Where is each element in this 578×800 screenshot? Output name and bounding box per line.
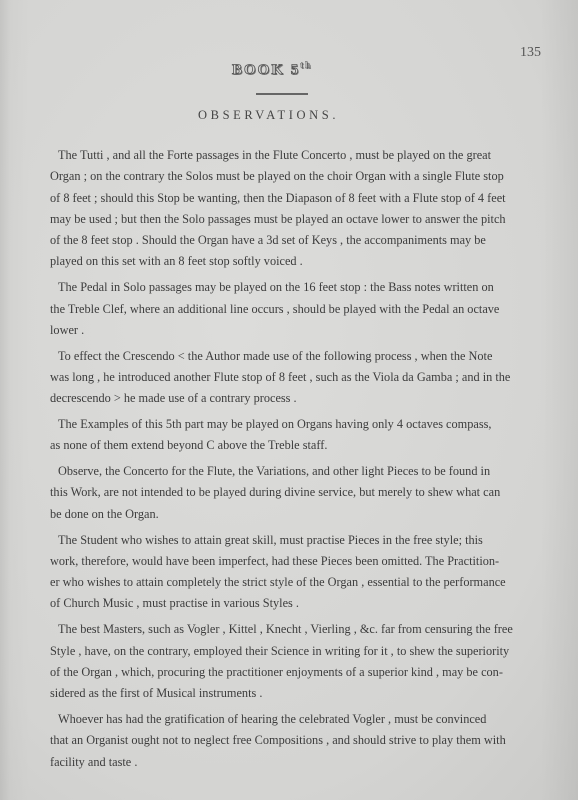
text-line: The Pedal in Solo passages may be played…	[40, 277, 560, 298]
text-line: decrescendo > he made use of a contrary …	[40, 388, 560, 409]
text-line: Observe, the Concerto for the Flute, the…	[40, 461, 560, 482]
text-line: may be used ; but then the Solo passages…	[40, 209, 560, 230]
text-line: To effect the Crescendo < the Author mad…	[40, 346, 560, 367]
text-line: The best Masters, such as Vogler , Kitte…	[40, 619, 560, 640]
text-line: work, therefore, would have been imperfe…	[40, 551, 560, 572]
text-line: er who wishes to attain completely the s…	[40, 572, 560, 593]
text-line: Organ ; on the contrary the Solos must b…	[40, 166, 560, 187]
text-line: The Student who wishes to attain great s…	[40, 530, 560, 551]
text-line: The Examples of this 5th part may be pla…	[40, 414, 560, 435]
book-title-superscript: th	[300, 60, 312, 70]
title-rule	[256, 93, 308, 95]
paragraph: The Student who wishes to attain great s…	[40, 530, 560, 615]
text-line: of 8 feet ; should this Stop be wanting,…	[40, 188, 560, 209]
section-title: OBSERVATIONS.	[198, 108, 339, 123]
text-line: of Church Music , must practise in vario…	[40, 593, 560, 614]
text-line: be done on the Organ.	[40, 504, 560, 525]
text-line: sidered as the first of Musical instrume…	[40, 683, 560, 704]
book-title-text: BOOK 5	[232, 62, 300, 78]
text-line: as none of them extend beyond C above th…	[40, 435, 560, 456]
paragraph: To effect the Crescendo < the Author mad…	[40, 346, 560, 410]
paragraph: The Examples of this 5th part may be pla…	[40, 414, 560, 457]
text-line: The Tutti , and all the Forte passages i…	[40, 145, 560, 166]
page-number: 135	[520, 45, 541, 61]
text-line: this Work, are not intended to be played…	[40, 482, 560, 503]
text-line: of the 8 feet stop . Should the Organ ha…	[40, 230, 560, 251]
text-line: played on this set with an 8 feet stop s…	[40, 251, 560, 272]
paragraph: The best Masters, such as Vogler , Kitte…	[40, 619, 560, 704]
paragraph: Observe, the Concerto for the Flute, the…	[40, 461, 560, 525]
text-line: facility and taste .	[40, 752, 560, 773]
text-line: was long , he introduced another Flute s…	[40, 367, 560, 388]
paragraph: The Pedal in Solo passages may be played…	[40, 277, 560, 341]
text-line: Whoever has had the gratification of hea…	[40, 709, 560, 730]
scanned-page: 135 BOOK 5th OBSERVATIONS. The Tutti , a…	[0, 0, 578, 800]
paragraph: Whoever has had the gratification of hea…	[40, 709, 560, 773]
body-text: The Tutti , and all the Forte passages i…	[40, 145, 560, 777]
text-line: that an Organist ought not to neglect fr…	[40, 730, 560, 751]
text-line: the Treble Clef, where an additional lin…	[40, 299, 560, 320]
book-title: BOOK 5th	[232, 60, 312, 79]
text-line: lower .	[40, 320, 560, 341]
text-line: of the Organ , which, procuring the prac…	[40, 662, 560, 683]
paragraph: The Tutti , and all the Forte passages i…	[40, 145, 560, 273]
text-line: Style , have, on the contrary, employed …	[40, 641, 560, 662]
